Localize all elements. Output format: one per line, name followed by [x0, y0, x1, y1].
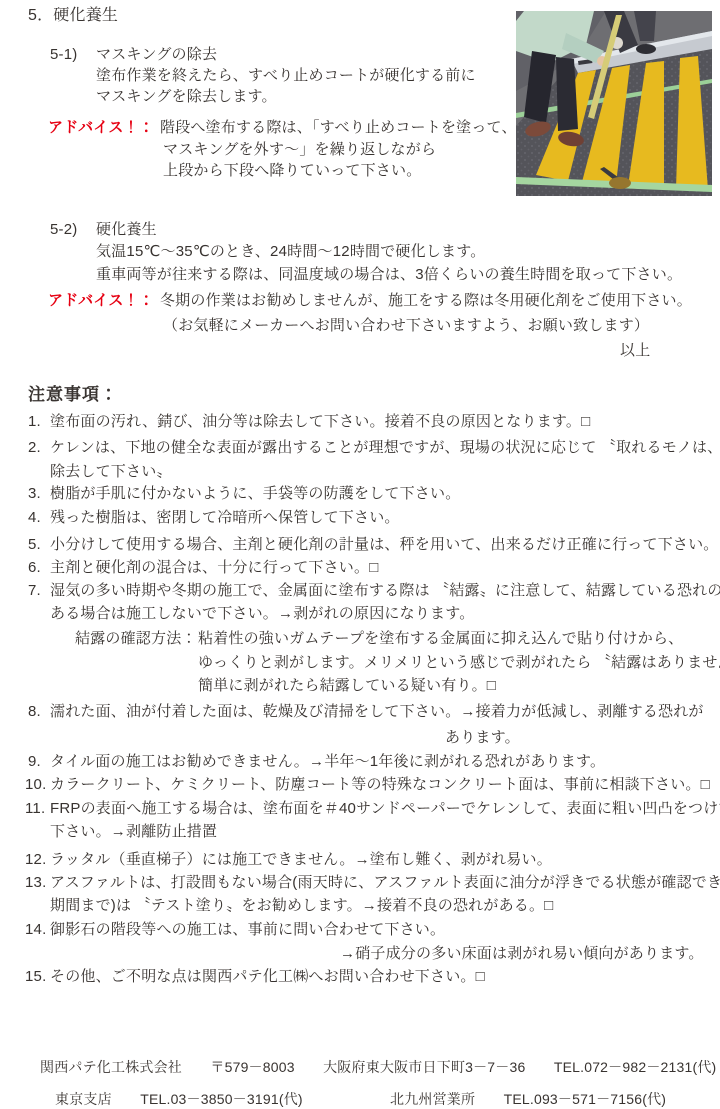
note-item-3-text: 樹脂が手肌に付かないように、手袋等の防護をして下さい。 [50, 485, 460, 502]
note-item-14-text: 御影石の階段等への施工は、事前に問い合わせて下さい。 [50, 921, 445, 938]
note-item-10-num: 10. [25, 776, 50, 793]
note-item-11-text: FRPの表面へ施工する場合は、塗布面を＃40サンドペーパーでケレンして、表面に粗… [50, 800, 720, 817]
section5-2-advice-row: アドバイス！：冬期の作業はお勧めしませんが、施工をする際は冬用硬化剤をご使用下さ… [48, 292, 692, 309]
note-item-15-num: 15. [25, 968, 50, 985]
dew-check-line-1: 粘着性の強いガムテープを塗布する金属面に抑え込んで貼り付けから、 [198, 630, 683, 647]
note-item-10: 10.カラークリート、ケミクリート、防塵コート等の特殊なコンクリート面は、事前に… [25, 776, 710, 793]
footer-tokyo-branch: 東京支店 TEL.03－3850－3191(代) [55, 1091, 303, 1107]
section5-2-advice-1: 冬期の作業はお勧めしませんが、施工をする際は冬用硬化剤をご使用下さい。 [160, 292, 692, 309]
note-item-13: 13.アスファルトは、打設間もない場合(雨天時に、アスファルト表面に油分が浮きで… [25, 874, 720, 891]
note-item-13-cont: 期間まで)は 〝テスト塗り〟をお勧めします。→接着不良の恐れがある。□ [50, 897, 553, 914]
note-item-11-cont: 下さい。→剥離防止措置 [50, 823, 217, 840]
section5-2-advice-2: （お気軽にメーカーへお問い合わせ下さいますよう、お願い致します） [163, 317, 649, 334]
dew-check-row: 結露の確認方法：粘着性の強いガムテープを塗布する金属面に抑え込んで貼り付けから、 [75, 630, 683, 647]
note-item-7-cont: ある場合は施工しないで下さい。→剥がれの原因になります。 [50, 605, 474, 622]
note-item-13-num: 13. [25, 874, 50, 891]
note-item-4-text: 残った樹脂は、密閉して冷暗所へ保管して下さい。 [50, 509, 400, 526]
note-item-2-num: 2. [28, 439, 50, 456]
section5-2-title: 硬化養生 [96, 221, 157, 238]
note-item-12: 12.ラッタル（垂直梯子）には施工できません。→塗布し難く、剥がれ易い。 [25, 851, 552, 868]
note-item-6-num: 6. [28, 559, 50, 576]
note-item-15: 15.その他、ご不明な点は関西パテ化工㈱へお問い合わせ下さい。□ [25, 968, 485, 985]
section5-1-title-row: 5-1)マスキングの除去 [50, 46, 217, 63]
note-item-14: 14.御影石の階段等への施工は、事前に問い合わせて下さい。 [25, 921, 445, 938]
note-item-6: 6.主剤と硬化剤の混合は、十分に行って下さい。□ [28, 559, 378, 576]
note-item-5-text: 小分けして使用する場合、主剤と硬化剤の計量は、秤を用いて、出来るだけ正確に行って… [50, 536, 719, 553]
section5-1-number: 5-1) [50, 46, 96, 63]
section5-2-title-row: 5-2)硬化養生 [50, 221, 157, 238]
note-item-7-num: 7. [28, 582, 50, 599]
note-item-3: 3.樹脂が手肌に付かないように、手袋等の防護をして下さい。 [28, 485, 460, 502]
section5-2-line-2: 重車両等が往来する際は、同温度域の場合は、3倍くらいの養生時間を取って下さい。 [96, 266, 682, 283]
notes-heading: 注意事項： [28, 385, 118, 405]
note-item-13-text: アスファルトは、打設間もない場合(雨天時に、アスファルト表面に油分が浮きでる状態… [50, 874, 720, 891]
footer-kitakyushu-office: 北九州営業所 TEL.093－571－7156(代) [390, 1091, 666, 1107]
section5-1-advice-1: 階段へ塗布する際は、「すべり止めコートを塗って、 [160, 119, 517, 136]
document-page: 5．硬化養生 5-1)マスキングの除去 塗布作業を終えたら、すべり止めコートが硬… [0, 0, 720, 1109]
note-item-1-text: 塗布面の汚れ、錆び、油分等は除去して下さい。接着不良の原因となります。□ [50, 413, 590, 430]
note-item-4-num: 4. [28, 509, 50, 526]
note-item-14-cont: →硝子成分の多い床面は剥がれ易い傾向があります。 [340, 945, 704, 962]
advice-label: アドバイス！： [48, 119, 154, 136]
note-item-7-text: 湿気の多い時期や冬期の施工で、金属面に塗布する際は 〝結露〟に注意して、結露して… [50, 582, 720, 599]
photo-anti-slip-application [516, 11, 712, 196]
section5-closing: 以上 [620, 342, 650, 359]
dew-check-line-2: ゆっくりと剥がします。メリメリという感じで剥がれたら 〝結露はありません〟 [198, 654, 720, 671]
section5-1-line-1: 塗布作業を終えたら、すべり止めコートが硬化する前に [96, 67, 476, 84]
note-item-8-cont: あります。 [445, 729, 520, 746]
note-item-12-text: ラッタル（垂直梯子）には施工できません。→塗布し難く、剥がれ易い。 [50, 851, 552, 868]
dew-check-label: 結露の確認方法： [75, 630, 198, 647]
note-item-9-text: タイル面の施工はお勧めできません。→半年～1年後に剥がれる恐れがあります。 [50, 753, 605, 770]
note-item-2-cont: 除去して下さい〟 [50, 463, 172, 480]
note-item-2-text: ケレンは、下地の健全な表面が露出することが理想ですが、現場の状況に応じて 〝取れ… [50, 439, 720, 456]
section5-2-line-1: 気温15℃～35℃のとき、24時間～12時間で硬化します。 [96, 243, 485, 260]
section5-1-title: マスキングの除去 [96, 46, 217, 63]
photo-second-worker-shoe [636, 44, 656, 54]
section5-1-line-2: マスキングを除去します。 [96, 88, 277, 105]
section5-1-advice-3: 上段から下段へ降りていって下さい。 [163, 162, 421, 179]
section5-1-advice-row: アドバイス！：階段へ塗布する際は、「すべり止めコートを塗って、 [48, 119, 517, 136]
advice-label: アドバイス！： [48, 292, 154, 309]
note-item-10-text: カラークリート、ケミクリート、防塵コート等の特殊なコンクリート面は、事前に相談下… [50, 776, 710, 793]
dew-check-line-3: 簡単に剥がれたら結露している疑い有り。□ [198, 677, 496, 694]
note-item-9: 9.タイル面の施工はお勧めできません。→半年～1年後に剥がれる恐れがあります。 [28, 753, 605, 770]
note-item-4: 4.残った樹脂は、密閉して冷暗所へ保管して下さい。 [28, 509, 400, 526]
section5-1-advice-2: マスキングを外す～」を繰り返しながら [163, 141, 436, 158]
section5-2-number: 5-2) [50, 221, 96, 238]
note-item-7: 7.湿気の多い時期や冬期の施工で、金属面に塗布する際は 〝結露〟に注意して、結露… [28, 582, 720, 599]
note-item-5-num: 5. [28, 536, 50, 553]
note-item-9-num: 9. [28, 753, 50, 770]
note-item-12-num: 12. [25, 851, 50, 868]
note-item-14-num: 14. [25, 921, 50, 938]
section5-heading: 5．硬化養生 [28, 7, 118, 25]
photo-tape-roll [609, 177, 631, 189]
note-item-1-num: 1. [28, 413, 50, 430]
note-item-6-text: 主剤と硬化剤の混合は、十分に行って下さい。□ [50, 559, 378, 576]
note-item-8: 8.濡れた面、油が付着した面は、乾燥及び清掃をして下さい。→接着力が低減し、剥離… [28, 703, 704, 720]
note-item-2: 2.ケレンは、下地の健全な表面が露出することが理想ですが、現場の状況に応じて 〝… [28, 439, 720, 456]
note-item-3-num: 3. [28, 485, 50, 502]
note-item-8-text: 濡れた面、油が付着した面は、乾燥及び清掃をして下さい。→接着力が低減し、剥離する… [50, 703, 704, 720]
note-item-11: 11.FRPの表面へ施工する場合は、塗布面を＃40サンドペーパーでケレンして、表… [25, 800, 720, 817]
note-item-1: 1.塗布面の汚れ、錆び、油分等は除去して下さい。接着不良の原因となります。□ [28, 413, 590, 430]
note-item-5: 5.小分けして使用する場合、主剤と硬化剤の計量は、秤を用いて、出来るだけ正確に行… [28, 536, 719, 553]
footer-company-line: 関西パテ化工株式会社 〒579－8003 大阪府東大阪市日下町3－7－36 TE… [40, 1059, 716, 1075]
note-item-15-text: その他、ご不明な点は関西パテ化工㈱へお問い合わせ下さい。□ [50, 968, 485, 985]
note-item-11-num: 11. [25, 800, 50, 817]
note-item-8-num: 8. [28, 703, 50, 720]
